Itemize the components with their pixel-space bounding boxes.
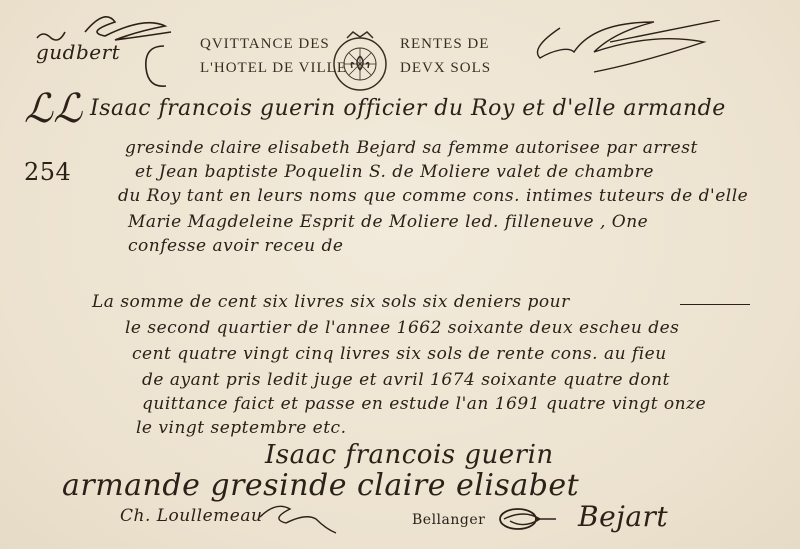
margin-number: 254 [24, 158, 71, 186]
amount-line-2: le second quartier de l'annee 1662 soixa… [125, 318, 679, 338]
signature-isaac-francois-guerin: Isaac francois guerin [265, 440, 554, 470]
amount-line-1: La somme de cent six livres six sols six… [92, 292, 570, 312]
printed-title-line1: QVITTANCE DES [200, 36, 330, 53]
body-line-1: Isaac francois guerin officier du Roy et… [90, 96, 726, 121]
flourish-c [140, 42, 170, 92]
body-line-3: et Jean baptiste Poquelin S. de Moliere … [135, 162, 654, 182]
margin-marks: ℒℒ [24, 86, 83, 132]
margin-signature-gudbert: gudbert [36, 40, 120, 64]
signature-notary-left: Ch. Loullemeau [120, 506, 262, 526]
amount-line-5: quittance faict et passe en estude l'an … [142, 394, 706, 414]
body-line-2: gresinde claire elisabeth Bejard sa femm… [125, 138, 698, 158]
notary-paraph-left [250, 495, 340, 535]
amount-line-3: cent quatre vingt cinq livres six sols d… [132, 344, 667, 364]
paris-seal-icon [327, 28, 393, 94]
signature-bejart: Bejart [578, 500, 668, 533]
signature-top-right [530, 20, 730, 80]
signature-notary-right: Bellanger [412, 512, 485, 528]
notary-paraph-right [496, 505, 556, 535]
body-line-6: confesse avoir receu de [128, 236, 343, 256]
amount-line-4: de ayant pris ledit juge et avril 1674 s… [142, 370, 670, 390]
body-line-5: Marie Magdeleine Esprit de Moliere led. … [128, 212, 648, 232]
printed-title-line2: L'HOTEL DE VILLE [200, 60, 347, 77]
body-line-4: du Roy tant en leurs noms que comme cons… [118, 186, 748, 206]
amount-line-6: le vingt septembre etc. [136, 418, 346, 438]
printed-title-right2: DEVX SOLS [400, 60, 491, 77]
printed-title-right1: RENTES DE [400, 36, 489, 53]
line-filler-1 [680, 304, 750, 305]
